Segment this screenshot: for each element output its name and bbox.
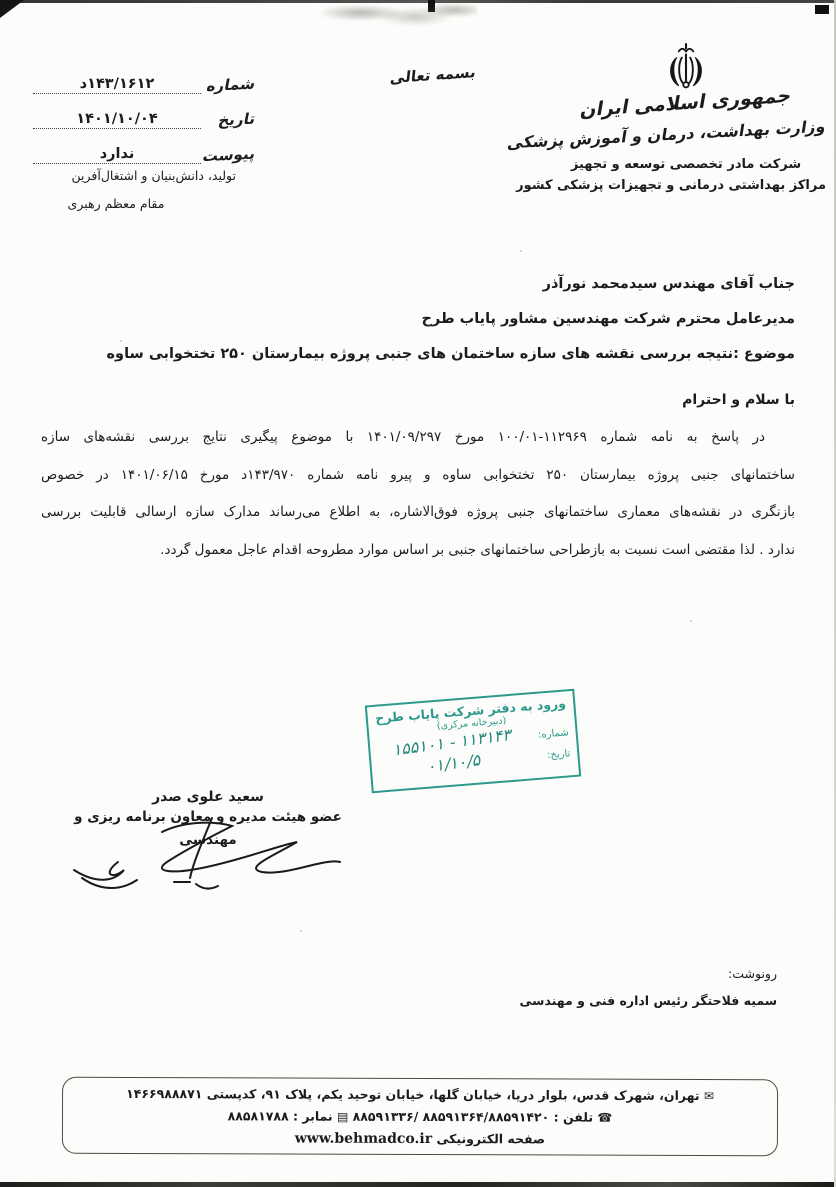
scan-speck (300, 930, 302, 932)
footer-address: تهران، شهرک قدس، بلوار دریا، خیابان گلها… (126, 1086, 700, 1103)
ministry-calligraphy: وزارت بهداشت، درمان و آموزش پزشکی (545, 117, 828, 151)
scan-speck (690, 620, 692, 622)
fax-icon: ▤ (337, 1110, 348, 1124)
footer-contact-box: ✉ تهران، شهرک قدس، بلوار دریا، خیابان گل… (62, 1077, 778, 1156)
body-line-4: ندارد . لذا مقتضی است نسبت به بازطراحی س… (41, 532, 795, 570)
scan-corner-top-right (815, 5, 829, 14)
attachment-label: پیوست (199, 145, 257, 166)
besmellah-text: بسمه تعالی (387, 63, 479, 87)
office-entry-stamp: ورود به دفتر شرکت پایاب طرح (دبیرخانه مر… (365, 689, 581, 794)
scan-edge-bottom (0, 1182, 836, 1187)
letter-meta-block: شماره ۱۴۳/۱۶۱۲د تاریخ ۱۴۰۱/۱۰/۰۴ پیوست ن… (33, 70, 255, 175)
signer-name: سعید علوی صدر (58, 789, 358, 805)
year-slogan-attribution: مقام معظم رهبری (36, 196, 196, 211)
website-url: www.behmadco.ir (295, 1131, 432, 1147)
scan-speck (520, 250, 522, 252)
stamp-number-label: شماره: (528, 727, 569, 741)
subject-line: موضوع :نتیجه بررسی نقشه های سازه ساختمان… (40, 337, 795, 372)
scanned-letter-page: بسمه تعالی شماره ۱۴۳/۱۶۱۲د تاریخ ۱۴۰۱/۱۰… (0, 0, 836, 1187)
meta-row-date: تاریخ ۱۴۰۱/۱۰/۰۴ (33, 105, 255, 129)
year-slogan: تولید، دانش‌بنیان و اشتغال‌آفرین (36, 168, 236, 183)
fax-label: نمابر : (293, 1109, 333, 1124)
footer-web-line: صفحه الکترونیکی www.behmadco.ir (63, 1127, 777, 1151)
cc-label: رونوشت: (200, 960, 777, 987)
phone-icon: ☎ (597, 1111, 612, 1125)
scan-corner-top-left (0, 0, 24, 18)
web-label: صفحه الکترونیکی (436, 1131, 545, 1146)
number-label: شماره (199, 75, 257, 96)
recipient-block: جناب آقای مهندس سیدمحمد نورآذر مدیرعامل … (40, 267, 795, 372)
meta-row-number: شماره ۱۴۳/۱۶۱۲د (33, 70, 255, 94)
stamp-date-label: تاریخ: (530, 748, 571, 762)
cc-block: رونوشت: سمیه فلاحتگر رئیس اداره فنی و مه… (200, 960, 777, 1014)
handwritten-signature (62, 812, 352, 902)
company-name-line2: مراکز بهداشتی درمانی و تجهیزات پزشکی کشو… (546, 178, 826, 193)
phone-label: تلفن : (554, 1109, 593, 1124)
letter-body: در پاسخ به نامه شماره ۱۱۲۹۶۹-۱۰۰/۰۱ مورخ… (41, 419, 795, 569)
mail-icon: ✉ (704, 1089, 714, 1103)
attachment-value: ندارد (33, 146, 201, 164)
letterhead-block: جمهوری اسلامی ایران وزارت بهداشت، درمان … (546, 42, 826, 193)
cc-recipient: سمیه فلاحتگر رئیس اداره فنی و مهندسی (200, 987, 777, 1014)
number-value: ۱۴۳/۱۶۱۲د (33, 76, 201, 94)
body-line-1: در پاسخ به نامه شماره ۱۱۲۹۶۹-۱۰۰/۰۱ مورخ… (41, 419, 795, 457)
footer-address-line: ✉ تهران، شهرک قدس، بلوار دریا، خیابان گل… (63, 1083, 777, 1107)
salutation: با سلام و احترام (682, 392, 795, 408)
phone-numbers: ۸۸۵۹۱۳۳۶/ ۸۸۵۹۱۳۶۴/۸۸۵۹۱۴۲۰ (353, 1106, 550, 1129)
meta-row-attachment: پیوست ندارد (33, 140, 255, 164)
recipient-title: مدیرعامل محترم شرکت مهندسین مشاور پایاب … (40, 302, 795, 337)
body-line-3: بازنگری در نقشه‌های معماری ساختمانهای جن… (41, 494, 795, 532)
ink-smudge (322, 2, 477, 29)
fax-number: ۸۸۵۸۱۷۸۸ (228, 1108, 289, 1123)
company-name-line1: شرکت مادر تخصصی توسعه و تجهیز (546, 157, 826, 172)
date-value: ۱۴۰۱/۱۰/۰۴ (33, 111, 201, 129)
recipient-name: جناب آقای مهندس سیدمحمد نورآذر (40, 267, 795, 302)
footer-phone-line: ☎ تلفن : ۸۸۵۹۱۳۳۶/ ۸۸۵۹۱۳۶۴/۸۸۵۹۱۴۲۰ ▤ ن… (63, 1105, 777, 1129)
body-line-2: ساختمانهای جنبی پروژه بیمارستان ۲۵۰ تختخ… (41, 457, 795, 495)
iran-emblem-icon (663, 42, 709, 92)
date-label: تاریخ (199, 110, 257, 131)
